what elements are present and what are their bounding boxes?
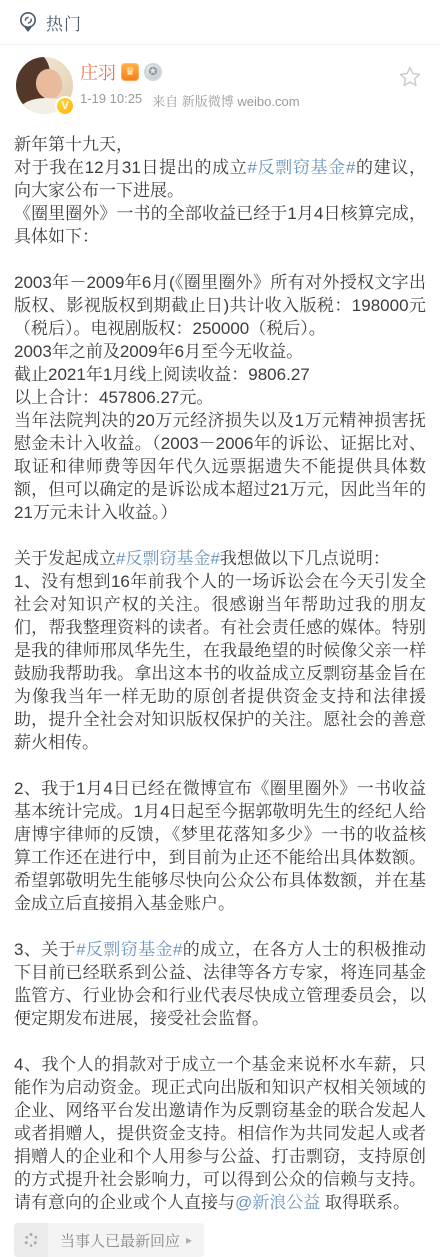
text-segment: 的成立，在各方人士的积极推动下目前已经联系到公益、法律等各方专家，将连同基金监管…: [14, 940, 426, 1212]
favorite-star-icon[interactable]: [396, 63, 424, 91]
vip-crown-badge-icon[interactable]: ♛: [121, 63, 139, 81]
chevron-right-icon: ▸: [186, 1233, 204, 1247]
text-segment: 我想做以下几点说明： 1、没有想到16年前我个人的一场诉讼会在今天引发全社会对知…: [14, 549, 426, 959]
sparkle-icon: [14, 1223, 48, 1257]
topbar-hot-channel[interactable]: 热门: [0, 0, 440, 45]
text-segment: 取得联系。: [320, 1193, 410, 1212]
hashtag-anti-plagiarism-fund[interactable]: #反剽窃基金#: [76, 940, 182, 959]
mention-sina-gongyi[interactable]: @新浪公益: [235, 1193, 320, 1212]
post-source: 来自 新版微博 weibo.com: [152, 91, 299, 110]
topbar-label: 热门: [46, 10, 82, 35]
avatar[interactable]: V: [16, 57, 73, 114]
footer-topic-tag[interactable]: 当事人已最新回应 ▸: [14, 1223, 204, 1257]
broadcast-pin-icon: [18, 11, 38, 33]
medal-badge-icon[interactable]: ✪: [144, 63, 162, 81]
text-segment: 的建议，向大家公布一下进展。 《圈里圈外》一书的全部收益已经于1月4日核算完成，…: [14, 158, 426, 568]
hashtag-anti-plagiarism-fund[interactable]: #反剽窃基金#: [247, 158, 355, 177]
post-time: 1-19 10:25: [80, 91, 142, 110]
post-header: V 庄羽 ♛ ✪ 1-19 10:25 来自 新版微博 weibo.com: [0, 45, 440, 123]
footer-tag-label: 当事人已最新回应: [48, 1230, 186, 1251]
post-text: 新年第十九天， 对于我在12月31日提出的成立#反剽窃基金#的建议，向大家公布一…: [14, 133, 426, 1214]
text-segment: 新年第十九天， 对于我在12月31日提出的成立: [14, 135, 247, 177]
hashtag-anti-plagiarism-fund[interactable]: #反剽窃基金#: [116, 549, 220, 568]
verified-v-icon: V: [55, 96, 75, 116]
author-name[interactable]: 庄羽: [80, 59, 116, 85]
